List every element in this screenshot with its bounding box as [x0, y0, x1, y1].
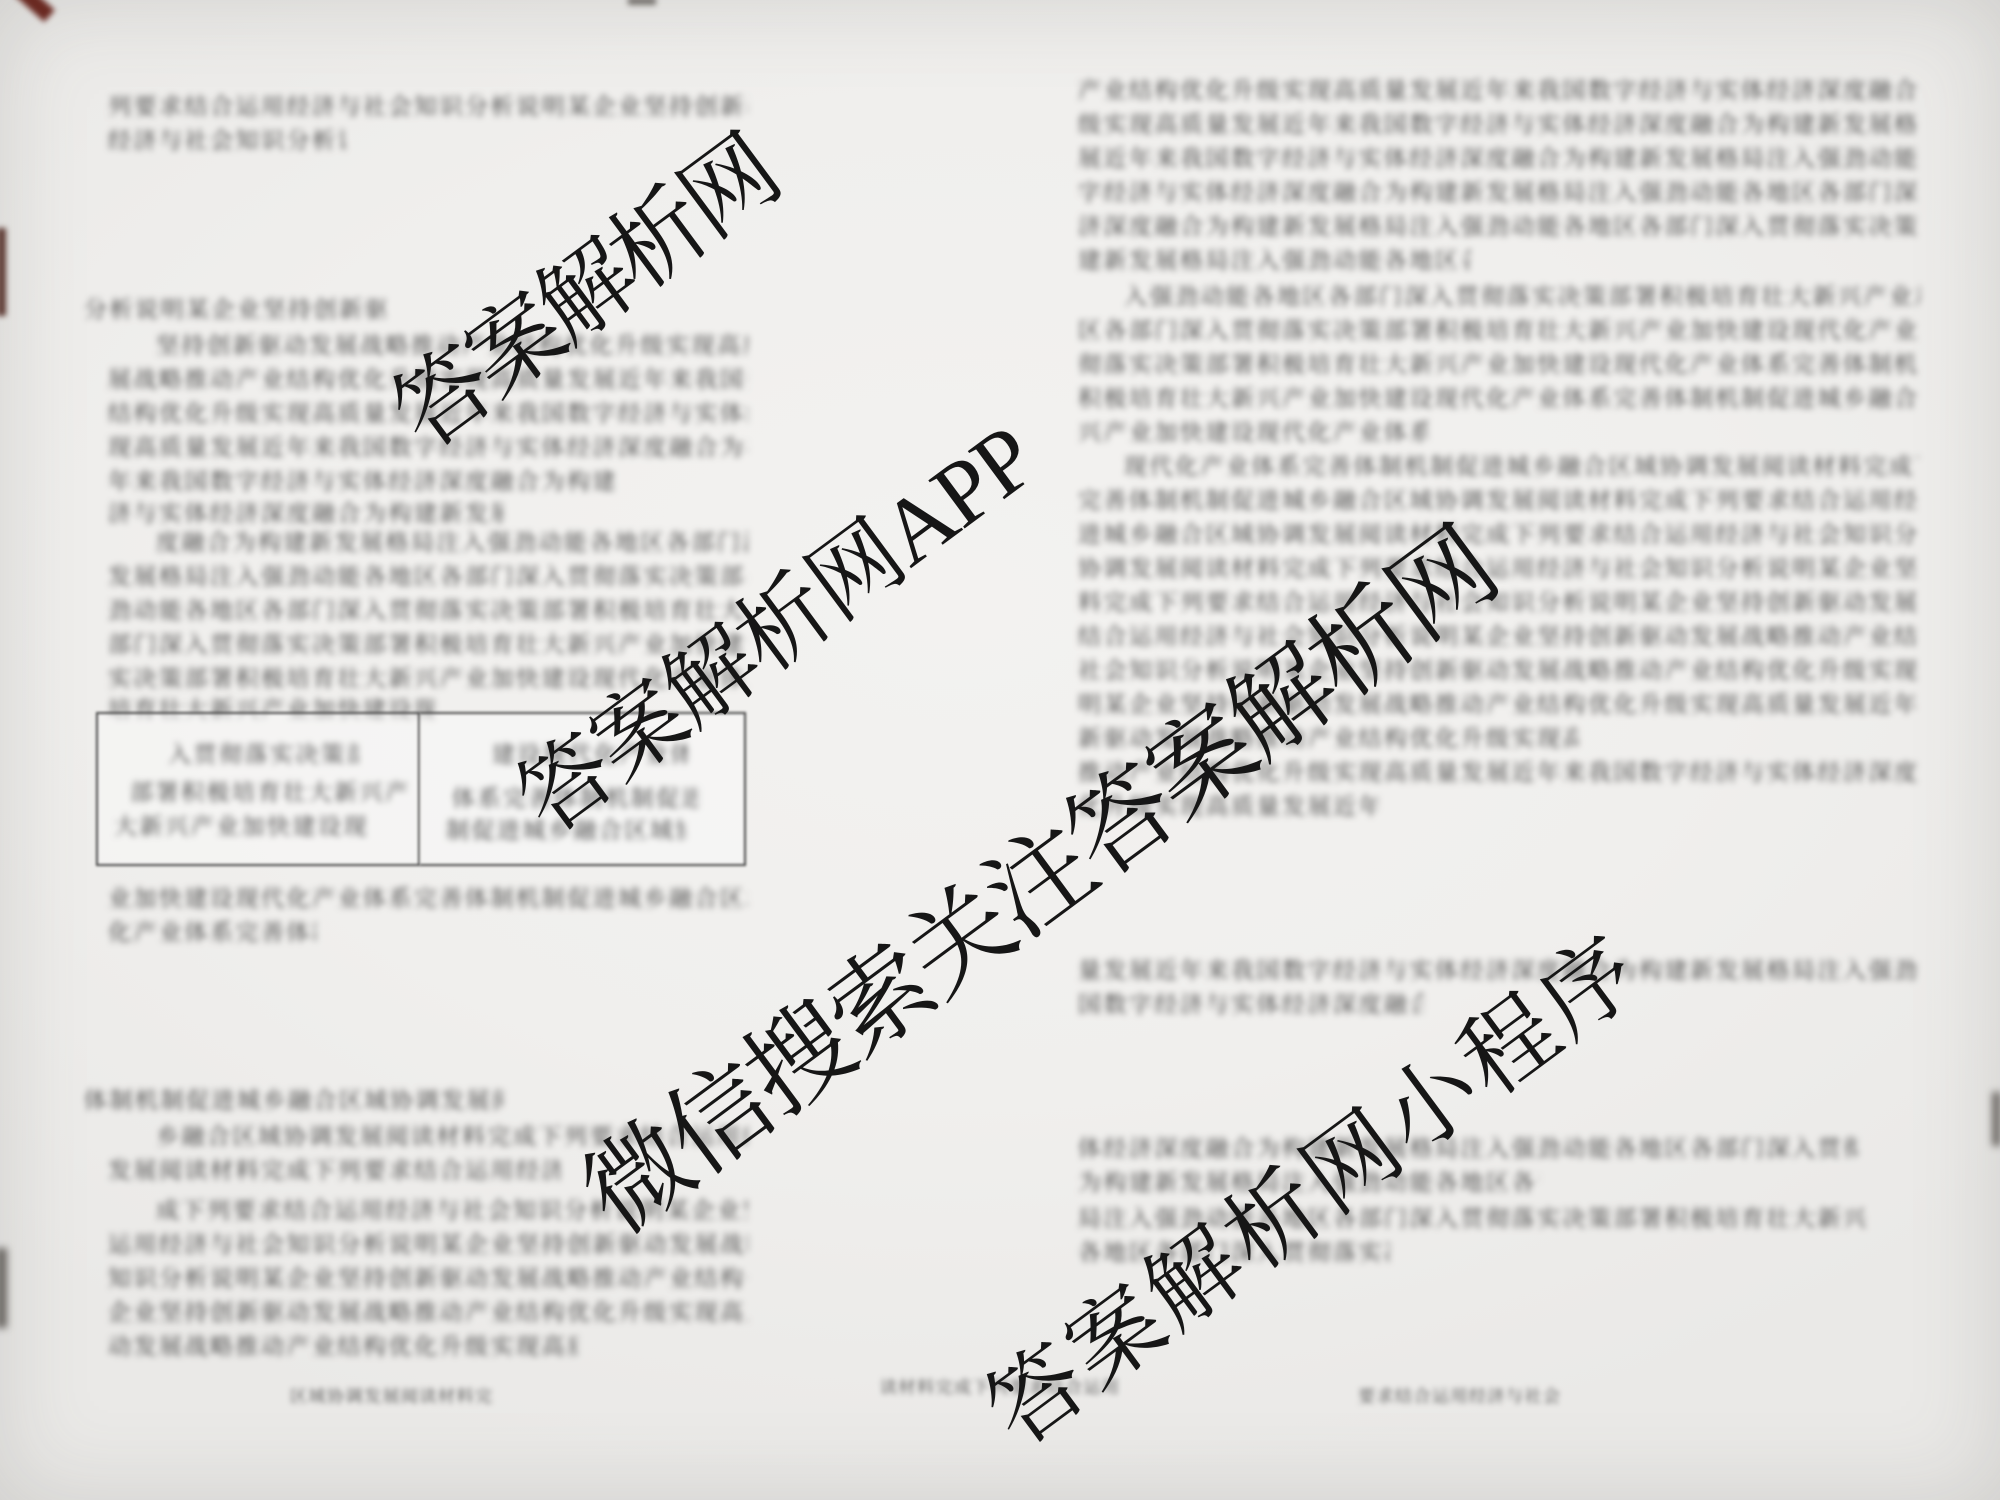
scan-artifact	[0, 0, 55, 22]
blurred-text-line: 列要求结合运用经济与社会知识分析说明某企业坚持创新驱动发	[108, 92, 748, 122]
blurred-text-line: 发展阅读材料完成下列要求结合运用经济与社	[108, 1156, 560, 1186]
blurred-text-line: 业加快建设现代化产业体系完善体制机制促进城乡融合区域协调	[108, 884, 748, 914]
blurred-text-line: 发展格局注入强劲动能各地区各部门深入贯彻落实决策部署积极	[108, 562, 748, 592]
blurred-text-line: 彻落实决策部署积极培育壮大新兴产业加快建设现代化产业体系完善体制机制促进	[1078, 350, 1920, 380]
blurred-text-line: 现代化产业体系完善体制机制促进城乡融合区域协调发展阅读材料完成下列要	[1124, 452, 1920, 482]
blurred-text-line: 化产业体系完善体制机制	[108, 918, 316, 948]
blurred-text-line: 级实现高质量发展近年来我国数字经济与实体经济深度融合为构建新发展格局注入	[1078, 110, 1920, 140]
blurred-text-line: 济深度融合为构建新发展格局注入强劲动能各地区各部门深入贯彻落实决策部署积	[1078, 212, 1920, 242]
blurred-text-line: 企业坚持创新驱动发展战略推动产业结构优化升级实现高质量发	[108, 1298, 748, 1328]
blurred-text-line: 积极培育壮大新兴产业加快建设现代化产业体系完善体制机制促进城乡融合区域协	[1078, 384, 1920, 414]
blurred-text-line: 分析说明某企业坚持创新驱动发	[84, 295, 386, 325]
blurred-text-line: 进城乡融合区域协调发展阅读材料完成下列要求结合运用经济与社会知识分析说明	[1078, 520, 1920, 550]
blurred-text-line: 部署积极培育壮大新兴产业加	[130, 778, 408, 808]
blurred-text-line: 动发展战略推动产业结构优化升级实现高质量发	[108, 1332, 578, 1362]
blurred-text-line: 产业结构优化升级实现高质量发展近年来我国数字经济与实体经济深度融合为构建	[1078, 76, 1920, 106]
blurred-text-line: 字经济与实体经济深度融合为构建新发展格局注入强劲动能各地区各部门深入贯彻	[1078, 178, 1920, 208]
blurred-text-line: 体制机制促进城乡融合区域协调发展阅读材	[84, 1086, 504, 1116]
blurred-text-line: 兴产业加快建设现代化产业体系完善	[1078, 418, 1428, 448]
scan-artifact	[0, 228, 6, 316]
blurred-text-line: 展近年来我国数字经济与实体经济深度融合为构建新发展格局注入强劲动能各地区	[1078, 144, 1920, 174]
page-footer-blurred: 区域协调发展阅读材料完	[290, 1386, 495, 1409]
scan-artifact	[0, 1248, 7, 1328]
scanned-exam-page: 列要求结合运用经济与社会知识分析说明某企业坚持创新驱动发经济与社会知识分析说明某…	[0, 0, 2000, 1500]
scan-artifact	[628, 0, 656, 5]
blurred-text-line: 完善体制机制促进城乡融合区域协调发展阅读材料完成下列要求结合运用经济与社	[1078, 486, 1920, 516]
blurred-text-line: 入贯彻落实决策部署积	[168, 740, 358, 770]
blurred-text-line: 度融合为构建新发展格局注入强劲动能各地区各部门深入贯	[156, 528, 748, 558]
blurred-text-line: 知识分析说明某企业坚持创新驱动发展战略推动产业结构优化升	[108, 1264, 748, 1294]
blurred-text-line: 国数字经济与实体经济深度融合为构	[1078, 990, 1424, 1020]
page-footer-blurred: 要求结合运用经济与社会	[1358, 1386, 1564, 1409]
blurred-text-line: 济与实体经济深度融合为构建新发展格局	[108, 499, 504, 529]
blurred-text-line: 入强劲动能各地区各部门深入贯彻落实决策部署积极培育壮大新兴产业加快建	[1124, 282, 1920, 312]
blurred-text-line: 年来我国数字经济与实体经济深度融合为构建新发	[108, 467, 614, 497]
blurred-text-line: 大新兴产业加快建设现代化	[114, 812, 366, 842]
blurred-text-line: 建新发展格局注入强劲动能各地区各部门	[1078, 246, 1470, 276]
scan-artifact	[1992, 1092, 2000, 1146]
blurred-text-line: 劲动能各地区各部门深入贯彻落实决策部署积极培育壮大新兴产	[108, 596, 748, 626]
blurred-text-line: 经济与社会知识分析说明某	[108, 126, 346, 156]
blurred-text-line: 区各部门深入贯彻落实决策部署积极培育壮大新兴产业加快建设现代化产业体系完	[1078, 316, 1920, 346]
blurred-text-line: 结合运用经济与社会知识分析说明某企业坚持创新驱动发展战略推动产业结构优化	[1078, 622, 1920, 652]
